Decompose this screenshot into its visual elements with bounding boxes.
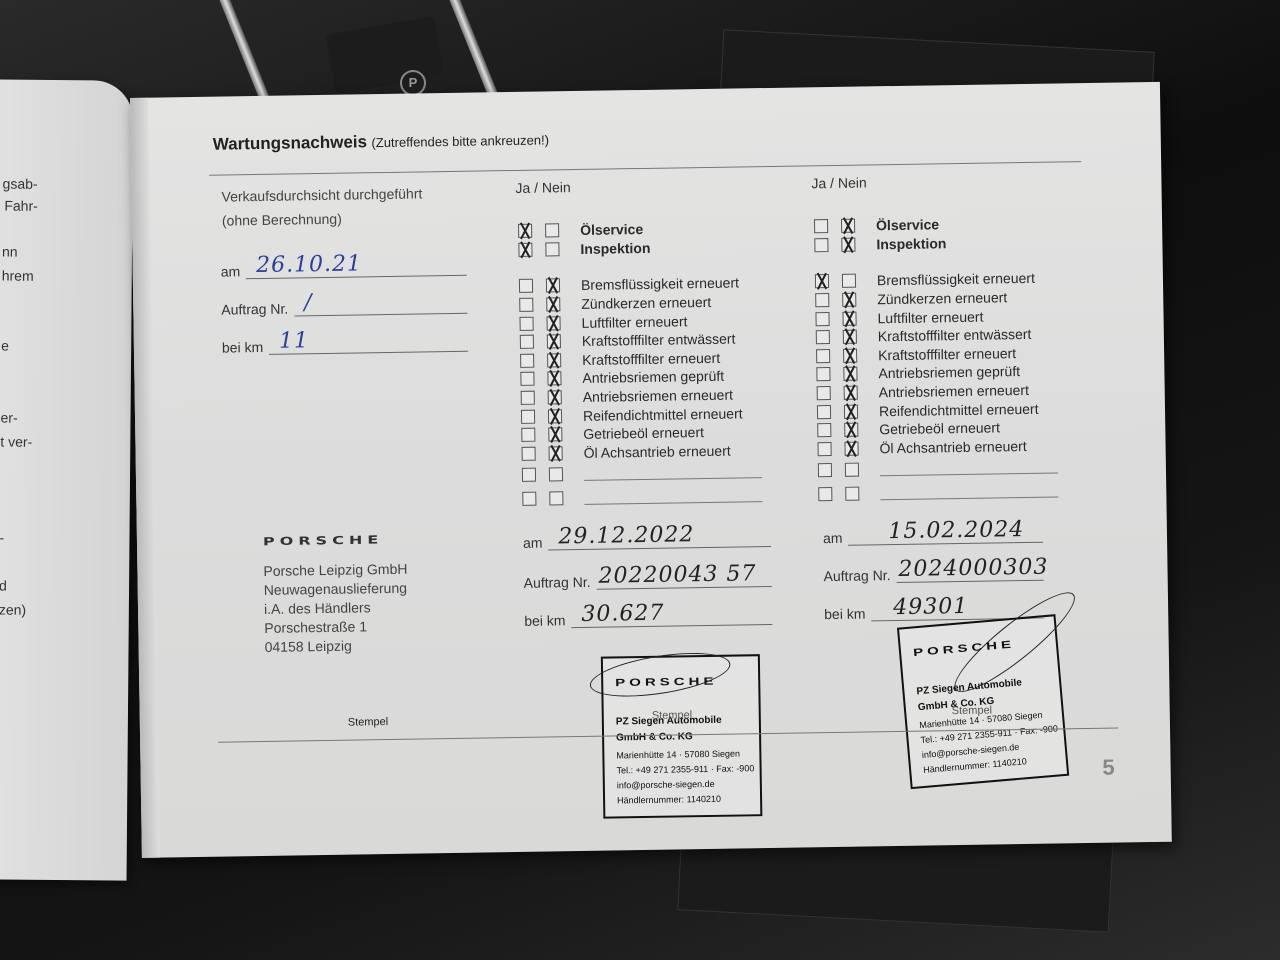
ja-checkbox[interactable] [814, 238, 828, 252]
dealer-line: i.A. des Händlers [264, 598, 408, 619]
ja-checkbox[interactable] [519, 316, 533, 330]
checklist-item-label: Reifendichtmittel erneuert [583, 405, 743, 424]
checklist-item-label: Antriebsriemen geprüft [582, 368, 724, 386]
nein-checkbox[interactable] [547, 372, 561, 386]
nein-checkbox[interactable] [547, 353, 561, 367]
col3-checklist: ÖlserviceInspektionBremsflüssigkeit erne… [814, 214, 1059, 507]
col3-date-field[interactable]: am 15.02.2024 [823, 520, 1043, 546]
date-value: 26.10.21 [256, 251, 362, 278]
col3-yes-no-header: Ja / Nein [811, 174, 866, 191]
ja-checkbox[interactable] [519, 279, 533, 293]
date-value: 29.12.2022 [558, 522, 694, 549]
header-divider [209, 161, 1081, 176]
col2-km-field[interactable]: bei km 30.627 [524, 602, 772, 629]
title-text: Wartungsnachweis [213, 132, 368, 153]
ja-checkbox[interactable] [814, 219, 828, 233]
stamp-name-line: GmbH & Co. KG [616, 729, 722, 747]
ja-checkbox[interactable] [818, 463, 832, 477]
ja-checkbox[interactable] [519, 298, 533, 312]
nein-checkbox[interactable] [845, 463, 859, 477]
blank-entry-line [880, 484, 1058, 500]
ja-checkbox[interactable] [521, 409, 535, 423]
checklist-item-label: Antriebsriemen erneuert [879, 382, 1029, 400]
stamp-phone: Tel.: +49 271 2355-911 · Fax: -900 [617, 761, 755, 778]
nein-checkbox[interactable] [843, 348, 857, 362]
checklist-item-label: Antriebsriemen geprüft [878, 364, 1020, 382]
checklist-item-label: Zündkerzen erneuert [877, 289, 1007, 307]
checklist-item-label: Getriebeöl erneuert [879, 420, 1000, 438]
page-title: Wartungsnachweis (Zutreffendes bitte ank… [213, 129, 550, 154]
ja-checkbox[interactable] [522, 447, 536, 461]
checklist-item-label: Kraftstofffilter entwässert [582, 331, 736, 349]
date-label: am [823, 530, 843, 546]
nein-checkbox[interactable] [549, 446, 563, 460]
ja-checkbox[interactable] [817, 442, 831, 456]
parking-brake-icon: P [400, 70, 426, 96]
order-label: Auftrag Nr. [823, 567, 890, 584]
blank-checklist-row [522, 483, 762, 511]
ja-checkbox[interactable] [520, 335, 534, 349]
nein-checkbox[interactable] [545, 242, 559, 256]
nein-checkbox[interactable] [844, 423, 858, 437]
date-value: 15.02.2024 [888, 517, 1024, 544]
nein-checkbox[interactable] [842, 311, 856, 325]
checklist-item-label: Zündkerzen erneuert [581, 294, 711, 312]
ja-checkbox[interactable] [815, 275, 829, 289]
nein-checkbox[interactable] [842, 274, 856, 288]
ja-checkbox[interactable] [522, 492, 536, 506]
nein-checkbox[interactable] [546, 316, 560, 330]
ja-checkbox[interactable] [816, 349, 830, 363]
col2-order-field[interactable]: Auftrag Nr. 20220043 57 [523, 564, 771, 591]
order-value: / [304, 290, 313, 315]
order-value: 2024000303 [898, 555, 1048, 582]
left-text-fragment: zen) [0, 602, 26, 618]
nein-checkbox[interactable] [548, 390, 562, 404]
left-text-fragment: d [0, 578, 7, 594]
left-text-fragment: t ver- [0, 434, 32, 450]
stamp-label: Stempel [652, 709, 693, 722]
booklet-spine [130, 98, 160, 858]
stamp-address: Marienhütte 14 · 57080 Siegen Tel.: +49 … [919, 706, 1061, 778]
dealer-line: Porsche Leipzig GmbH [263, 560, 407, 581]
console-trim-left [218, 0, 272, 108]
nein-checkbox[interactable] [548, 409, 562, 423]
blank-entry-line [880, 460, 1058, 476]
left-text-fragment: er- [0, 410, 17, 426]
blank-checklist-row [818, 479, 1058, 507]
nein-checkbox[interactable] [844, 386, 858, 400]
ja-checkbox[interactable] [521, 391, 535, 405]
col3-order-field[interactable]: Auftrag Nr. 2024000303 [823, 558, 1043, 584]
col2-yes-no-header: Ja / Nein [515, 179, 570, 196]
porsche-logo: PORSCHE [263, 533, 383, 548]
center-console [326, 16, 445, 94]
checklist-item-label: Kraftstofffilter entwässert [878, 326, 1032, 344]
date-label: am [221, 263, 241, 279]
maintenance-record-page: Wartungsnachweis (Zutreffendes bitte ank… [130, 82, 1172, 858]
col2-date-field[interactable]: am 29.12.2022 [523, 524, 771, 551]
checklist-item-label: Öl Achsantrieb erneuert [584, 442, 731, 460]
dealer-line: Neuwagenauslieferung [264, 579, 408, 600]
col2-checklist: ÖlserviceInspektionBremsflüssigkeit erne… [518, 218, 763, 511]
left-text-fragment: e [1, 338, 9, 354]
left-text-fragment: nn [2, 244, 18, 260]
nein-checkbox[interactable] [842, 293, 856, 307]
nein-checkbox[interactable] [546, 297, 560, 311]
ja-checkbox[interactable] [521, 428, 535, 442]
nein-checkbox[interactable] [843, 367, 857, 381]
title-instruction: (Zutreffendes bitte ankreuzen!) [371, 132, 549, 150]
nein-checkbox[interactable] [549, 491, 563, 505]
ja-checkbox[interactable] [817, 423, 831, 437]
checklist-item-label: Reifendichtmittel erneuert [879, 400, 1039, 419]
nein-checkbox[interactable] [844, 441, 858, 455]
dealer-line: Porschestraße 1 [264, 617, 408, 638]
dealer-address: Porsche Leipzig GmbH Neuwagenauslieferun… [263, 560, 408, 657]
checklist-item-label: Luftfilter erneuert [581, 313, 687, 331]
left-page: gsab- Fahr- nn hrem e er- t ver- - d zen… [0, 79, 133, 880]
nein-checkbox[interactable] [841, 219, 855, 233]
delivery-inspection-heading: Verkaufsdurchsicht durchgeführt (ohne Be… [221, 181, 423, 232]
blank-entry-line [584, 489, 762, 505]
ja-checkbox[interactable] [522, 468, 536, 482]
ja-checkbox[interactable] [518, 243, 532, 257]
order-label: Auftrag Nr. [524, 574, 591, 591]
checklist-item-label: Inspektion [876, 235, 946, 252]
ja-checkbox[interactable] [518, 224, 532, 238]
ja-checkbox[interactable] [817, 386, 831, 400]
page-number: 5 [1102, 755, 1115, 781]
checklist-item-label: Kraftstofffilter erneuert [878, 345, 1016, 363]
left-text-fragment: hrem [2, 268, 34, 284]
heading-line: (ohne Berechnung) [222, 205, 423, 232]
nein-checkbox[interactable] [549, 467, 563, 481]
blank-entry-line [584, 465, 762, 481]
ja-checkbox[interactable] [815, 312, 829, 326]
checklist-item-label: Bremsflüssigkeit erneuert [877, 270, 1035, 288]
checklist-item-label: Ölservice [876, 217, 939, 234]
order-label: Auftrag Nr. [221, 301, 288, 318]
stamp-address: Marienhütte 14 · 57080 Siegen Tel.: +49 … [616, 746, 755, 808]
col1-date-field[interactable]: am 26.10.21 [221, 253, 467, 280]
nein-checkbox[interactable] [548, 427, 562, 441]
nein-checkbox[interactable] [546, 279, 560, 293]
ja-checkbox[interactable] [816, 367, 830, 381]
km-label: bei km [222, 339, 263, 356]
checklist-item-label: Öl Achsantrieb erneuert [879, 438, 1026, 456]
km-value: 30.627 [581, 601, 664, 627]
left-text-fragment: Fahr- [4, 198, 38, 214]
stamp-dealer-number: Händlernummer: 1140210 [617, 791, 755, 808]
heading-line: Verkaufsdurchsicht durchgeführt [221, 181, 422, 208]
stamp-label: Stempel [348, 716, 389, 729]
col1-km-field[interactable]: bei km 11 [222, 329, 468, 356]
date-label: am [523, 535, 543, 551]
km-value: 49301 [893, 594, 968, 620]
stamp-label: Stempel [952, 705, 993, 718]
left-text-fragment: gsab- [3, 176, 38, 192]
nein-checkbox[interactable] [845, 487, 859, 501]
order-value: 20220043 57 [598, 561, 756, 588]
col1-order-field[interactable]: Auftrag Nr. / [221, 291, 467, 318]
nein-checkbox[interactable] [545, 224, 559, 238]
ja-checkbox[interactable] [815, 293, 829, 307]
km-value: 11 [279, 328, 309, 353]
checklist-item-label: Antriebsriemen erneuert [583, 387, 733, 405]
nein-checkbox[interactable] [844, 404, 858, 418]
ja-checkbox[interactable] [520, 372, 534, 386]
nein-checkbox[interactable] [843, 330, 857, 344]
left-text-fragment: - [0, 530, 4, 546]
checklist-item-label: Kraftstofffilter erneuert [582, 350, 720, 368]
checklist-item-label: Bremsflüssigkeit erneuert [581, 275, 739, 293]
dealer-line: 04158 Leipzig [264, 636, 408, 657]
checklist-item-label: Inspektion [580, 240, 650, 257]
ja-checkbox[interactable] [817, 405, 831, 419]
ja-checkbox[interactable] [816, 330, 830, 344]
checklist-item-label: Ölservice [580, 221, 643, 238]
checklist-item-label: Luftfilter erneuert [877, 308, 983, 326]
km-label: bei km [824, 606, 865, 623]
nein-checkbox[interactable] [547, 335, 561, 349]
nein-checkbox[interactable] [841, 238, 855, 252]
checklist-item-label: Getriebeöl erneuert [583, 424, 704, 442]
ja-checkbox[interactable] [818, 487, 832, 501]
km-label: bei km [524, 612, 565, 629]
ja-checkbox[interactable] [520, 354, 534, 368]
